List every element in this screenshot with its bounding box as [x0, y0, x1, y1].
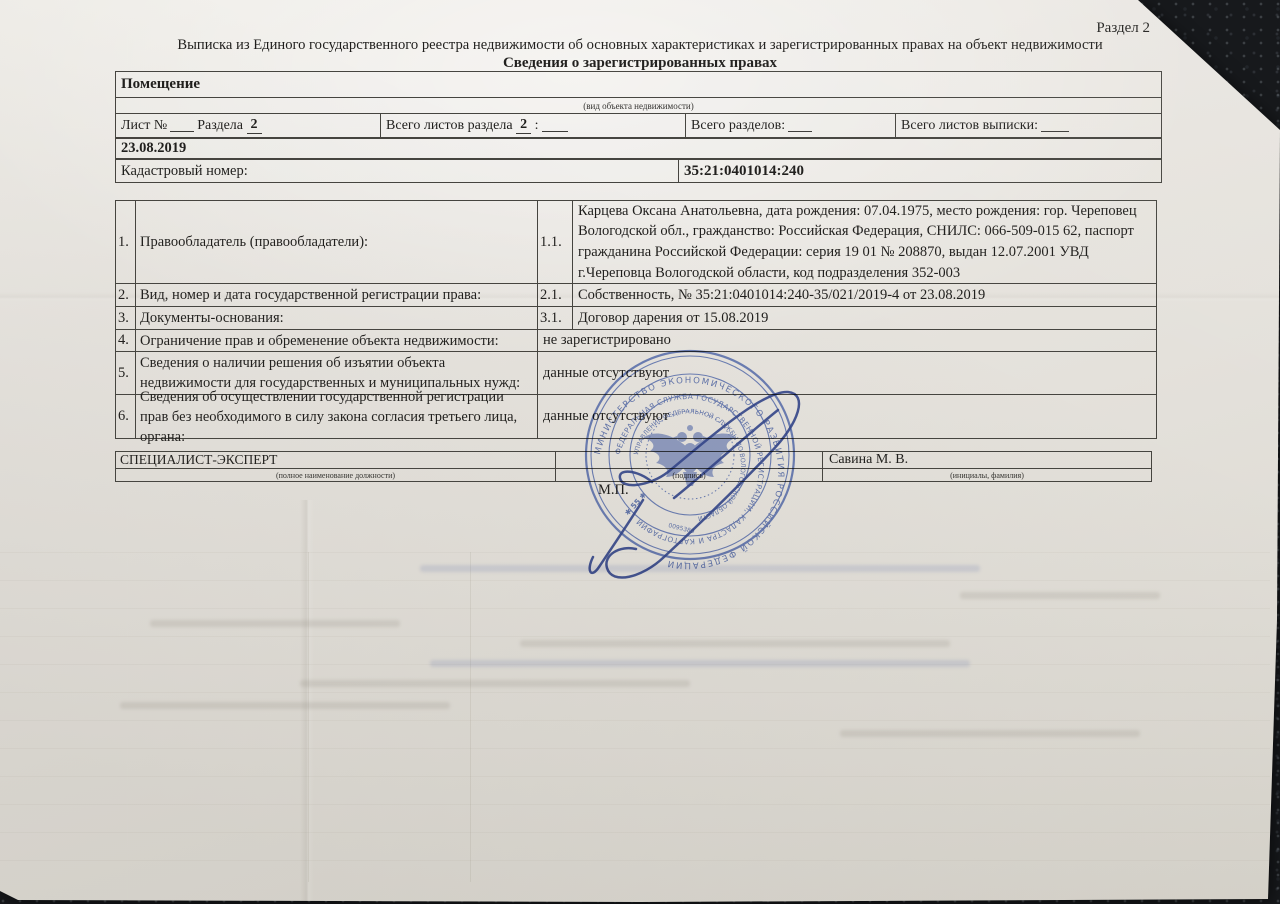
paper-sheet-wrap: Раздел 2 Выписка из Единого государствен…: [0, 0, 1280, 904]
registered-rights-table: 1. Правообладатель (правообладатели): 1.…: [115, 200, 1157, 439]
row-label: Документы-основания:: [136, 307, 538, 330]
bleed-through-smudge: [420, 565, 980, 572]
total-sections-label: Всего разделов:: [691, 118, 785, 134]
total-extract-sheets-cell: Всего листов выписки:: [896, 114, 1161, 137]
document-title: Выписка из Единого государственного реес…: [0, 37, 1280, 54]
object-type-caption: (вид объекта недвижимости): [583, 101, 693, 111]
sheet-label: Лист №: [121, 118, 167, 134]
bleed-through-smudge: [840, 730, 1140, 737]
section-word: Раздела: [197, 118, 243, 134]
row-num: 6.: [116, 395, 136, 438]
row-num: 5.: [116, 352, 136, 395]
total-extract-blank: [1041, 120, 1069, 132]
cadastral-value: 35:21:0401014:240: [679, 160, 1161, 182]
total-sheets-label: Всего листов раздела: [386, 118, 513, 134]
total-sheets-cell: Всего листов раздела 2 :: [381, 114, 686, 137]
total-sheets-number: 2: [516, 117, 531, 134]
section-number: 2: [247, 117, 262, 134]
row-label: Правообладатель (правообладатели):: [136, 201, 538, 284]
bleed-through-lines: [0, 552, 1270, 882]
total-sheets-blank: [542, 120, 568, 132]
signature-table: СПЕЦИАЛИСТ-ЭКСПЕРТ Савина М. В. (полное …: [115, 451, 1152, 482]
row-subnum: 2.1.: [538, 284, 573, 307]
object-type: Помещение: [116, 72, 1161, 98]
signature-caption: (подпись): [556, 469, 823, 481]
document-subtitle: Сведения о зарегистрированных правах: [0, 55, 1280, 72]
bleed-through-smudge: [430, 660, 970, 667]
name-caption: (инициалы, фамилия): [823, 469, 1151, 481]
specialist-name: Савина М. В.: [823, 452, 1151, 469]
cadastral-row: Кадастровый номер: 35:21:0401014:240: [116, 159, 1161, 182]
signature-space: [556, 452, 823, 469]
row-num: 1.: [116, 201, 136, 284]
row-value: Карцева Оксана Анатольевна, дата рождени…: [573, 201, 1156, 284]
row-label: Сведения об осуществлении государственно…: [136, 395, 538, 438]
row-label: Ограничение прав и обременение объекта н…: [136, 330, 538, 352]
sheet-counts-row: Лист № Раздела 2 Всего листов раздела 2 …: [116, 114, 1161, 138]
row-num: 2.: [116, 284, 136, 307]
colon: :: [535, 118, 539, 134]
sheet-number-blank: [170, 120, 194, 132]
seal-place-mark: М.П.: [598, 482, 629, 499]
row-subnum: 3.1.: [538, 307, 573, 330]
sheet-number-cell: Лист № Раздела 2: [116, 114, 381, 137]
row-num: 3.: [116, 307, 136, 330]
row-value: данные отсутствуют: [538, 395, 1156, 438]
bleed-through-smudge: [120, 702, 450, 709]
cadastral-label: Кадастровый номер:: [116, 160, 679, 182]
position-caption: (полное наименование должности): [116, 469, 556, 481]
object-info-table: Помещение (вид объекта недвижимости) Лис…: [115, 71, 1162, 183]
bleed-through-smudge: [150, 620, 400, 627]
total-sections-blank: [788, 120, 812, 132]
photo-of-document: Раздел 2 Выписка из Единого государствен…: [0, 0, 1280, 904]
bleed-through-vline: [470, 552, 471, 882]
total-sections-cell: Всего разделов:: [686, 114, 896, 137]
bleed-through-vline: [308, 552, 309, 882]
total-extract-sheets-label: Всего листов выписки:: [901, 118, 1038, 134]
row-value: Договор дарения от 15.08.2019: [573, 307, 1156, 330]
bleed-through-smudge: [960, 592, 1160, 599]
row-subnum: 1.1.: [538, 201, 573, 284]
row-value: данные отсутствуют: [538, 352, 1156, 395]
bleed-through-smudge: [520, 640, 950, 647]
paper-sheet: Раздел 2 Выписка из Единого государствен…: [0, 0, 1280, 904]
row-num: 4.: [116, 330, 136, 352]
row-value: не зарегистрировано: [538, 330, 1156, 352]
extract-date: 23.08.2019: [116, 138, 1161, 159]
row-value: Собственность, № 35:21:0401014:240-35/02…: [573, 284, 1156, 307]
bleed-through-smudge: [300, 680, 690, 687]
row-label: Вид, номер и дата государственной регист…: [136, 284, 538, 307]
specialist-position: СПЕЦИАЛИСТ-ЭКСПЕРТ: [116, 452, 556, 469]
section-label: Раздел 2: [950, 20, 1150, 37]
